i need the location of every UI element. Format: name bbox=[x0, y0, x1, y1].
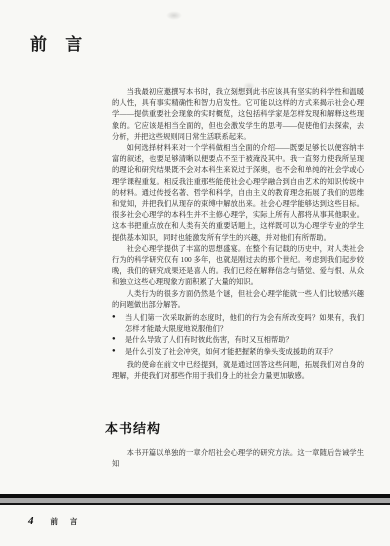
bullet-icon: ● bbox=[112, 312, 116, 323]
paragraph: 如何选择材料来对一个学科做相当全面的介绍——既要足够长以便容纳丰富的叙述，也要足… bbox=[112, 142, 364, 243]
footer-label: 前 言 bbox=[51, 516, 83, 527]
list-item-text: 是什么导致了人们有时彼此伤害，有时又互相帮助？ bbox=[125, 335, 293, 344]
paragraph: 本书开篇以单独的一章介绍社会心理学的研究方法。这一章随后告诫学生知 bbox=[112, 447, 364, 469]
paragraph: 社会心理学提供了丰富的思想盛宴。在整个有记载的历史中，对人类社会行为的科学研究仅… bbox=[112, 243, 364, 288]
list-item: ● 当人们第一次采取新的态度时，他们的行为会有所改变吗？如果有，我们怎样才能最大… bbox=[125, 312, 364, 334]
paragraph: 当我最初应邀撰写本书时，我立刻想到此书应该具有坚实的科学性和温暖的人性，具有事实… bbox=[112, 86, 364, 142]
question-list: ● 当人们第一次采取新的态度时，他们的行为会有所改变吗？如果有，我们怎样才能最大… bbox=[112, 312, 364, 357]
bullet-icon: ● bbox=[112, 346, 116, 357]
page-footer: 4 前 言 bbox=[28, 515, 82, 527]
footer-rule-thin bbox=[0, 503, 390, 505]
page-title: 前 言 bbox=[30, 30, 89, 55]
paragraph: 我的使命在前文中已经提到，就是通过回答这些问题，拓展我们对自身的理解，并使我们对… bbox=[112, 359, 364, 381]
list-item: ● 是什么引发了社会冲突，如何才能把握紧的拳头变成援助的双手？ bbox=[125, 346, 364, 357]
list-item-text: 当人们第一次采取新的态度时，他们的行为会有所改变吗？如果有，我们怎样才能最大限度… bbox=[125, 313, 364, 333]
book-page: 前 言 当我最初应邀撰写本书时，我立刻想到此书应该具有坚实的科学性和温暖的人性，… bbox=[0, 0, 390, 546]
paragraph: 人类行为的很多方面仍然是个谜，但社会心理学能就一些人们比较感兴趣的问题做出部分解… bbox=[112, 288, 364, 310]
bullet-icon: ● bbox=[112, 334, 116, 345]
section-heading: 本书结构 bbox=[105, 418, 161, 437]
list-item: ● 是什么导致了人们有时彼此伤害，有时又互相帮助？ bbox=[125, 334, 364, 345]
section-body: 本书开篇以单独的一章介绍社会心理学的研究方法。这一章随后告诫学生知 bbox=[112, 447, 364, 469]
scan-smudge bbox=[166, 11, 182, 20]
page-number: 4 bbox=[28, 515, 34, 527]
list-item-text: 是什么引发了社会冲突，如何才能把握紧的拳头变成援助的双手？ bbox=[125, 347, 337, 356]
body-text: 当我最初应邀撰写本书时，我立刻想到此书应该具有坚实的科学性和温暖的人性，具有事实… bbox=[112, 86, 364, 381]
